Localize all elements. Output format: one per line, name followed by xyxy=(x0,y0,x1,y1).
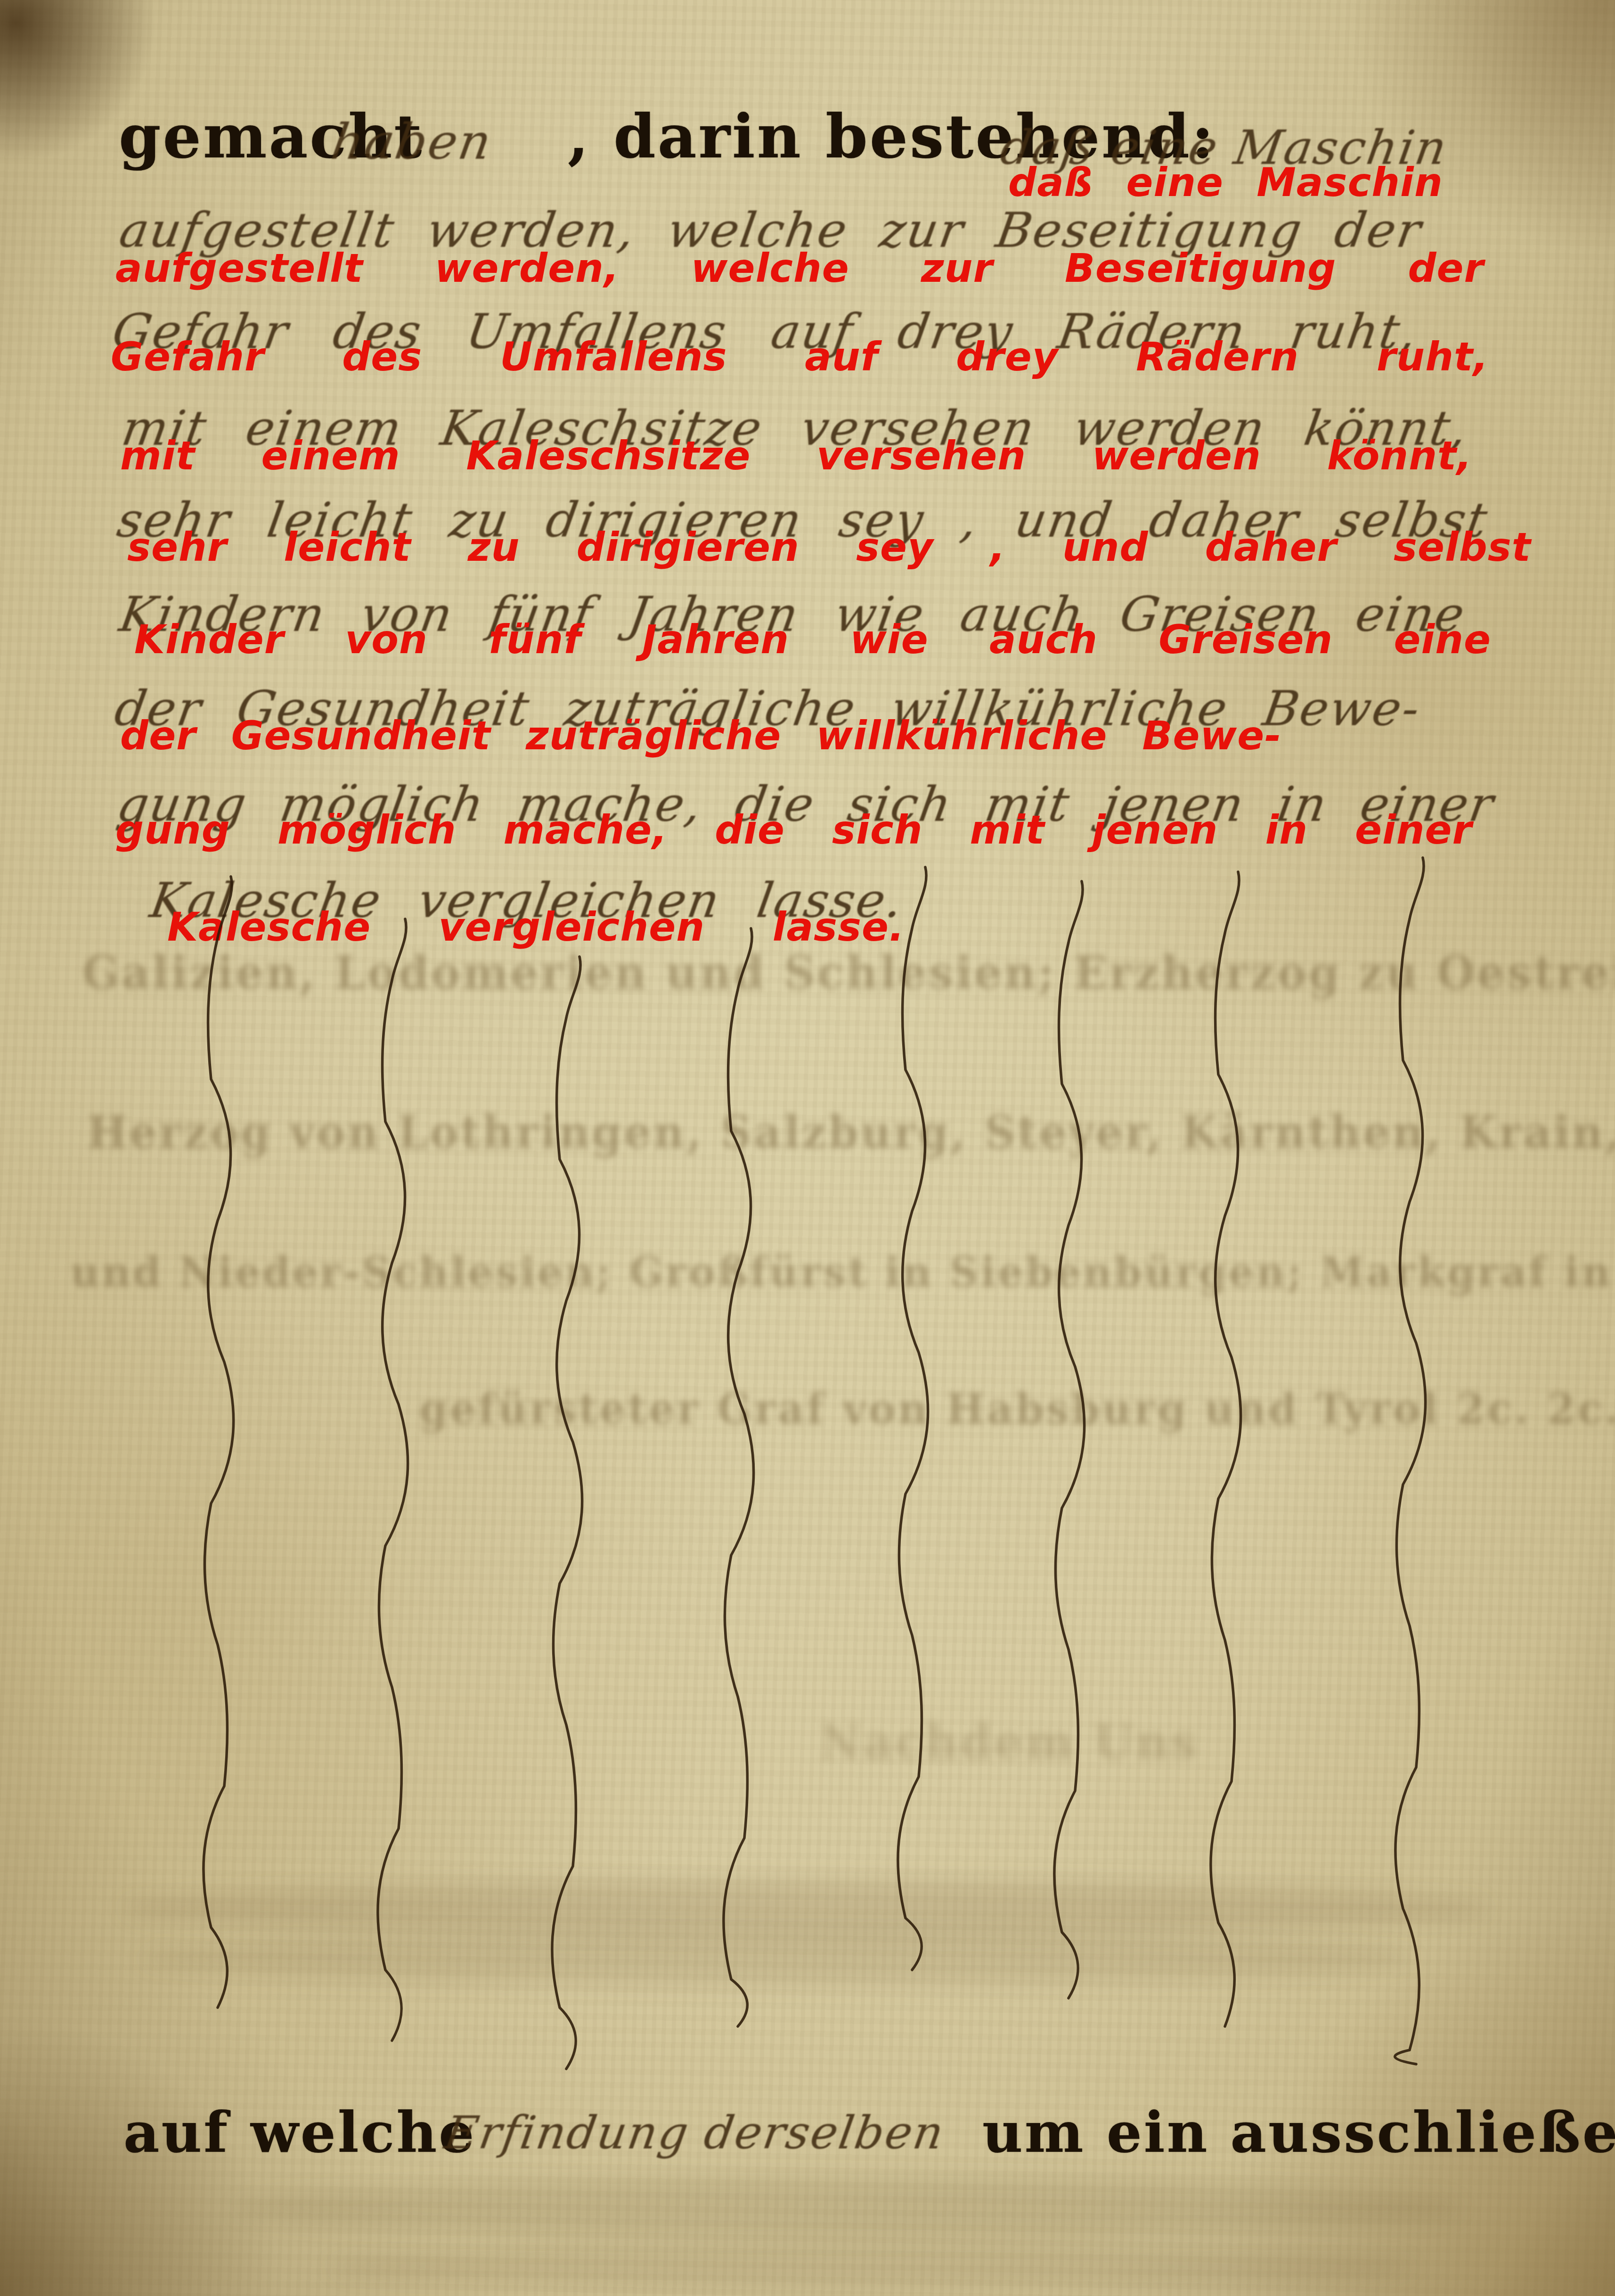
wavy-line xyxy=(724,928,754,2026)
wavy-line xyxy=(552,957,582,2069)
footer-handwriting-erfindung-derselben: Erfindung derselben xyxy=(441,2107,948,2159)
footer-print-um-ein-ausschliessendes: um ein ausschließendes xyxy=(982,2099,1615,2165)
wavy-line xyxy=(1395,858,1426,2064)
wavy-line xyxy=(378,919,408,2041)
manuscript-page: Galizien, Lodomerien und Schlesien; Erzh… xyxy=(0,0,1615,2296)
cancellation-wavy-lines xyxy=(0,0,1615,2296)
wavy-line xyxy=(1211,872,1241,2026)
wavy-line xyxy=(1054,881,1085,1998)
footer-print-auf-welche: auf welche xyxy=(123,2099,476,2165)
wavy-line xyxy=(898,867,928,1970)
wavy-line xyxy=(204,877,234,2008)
